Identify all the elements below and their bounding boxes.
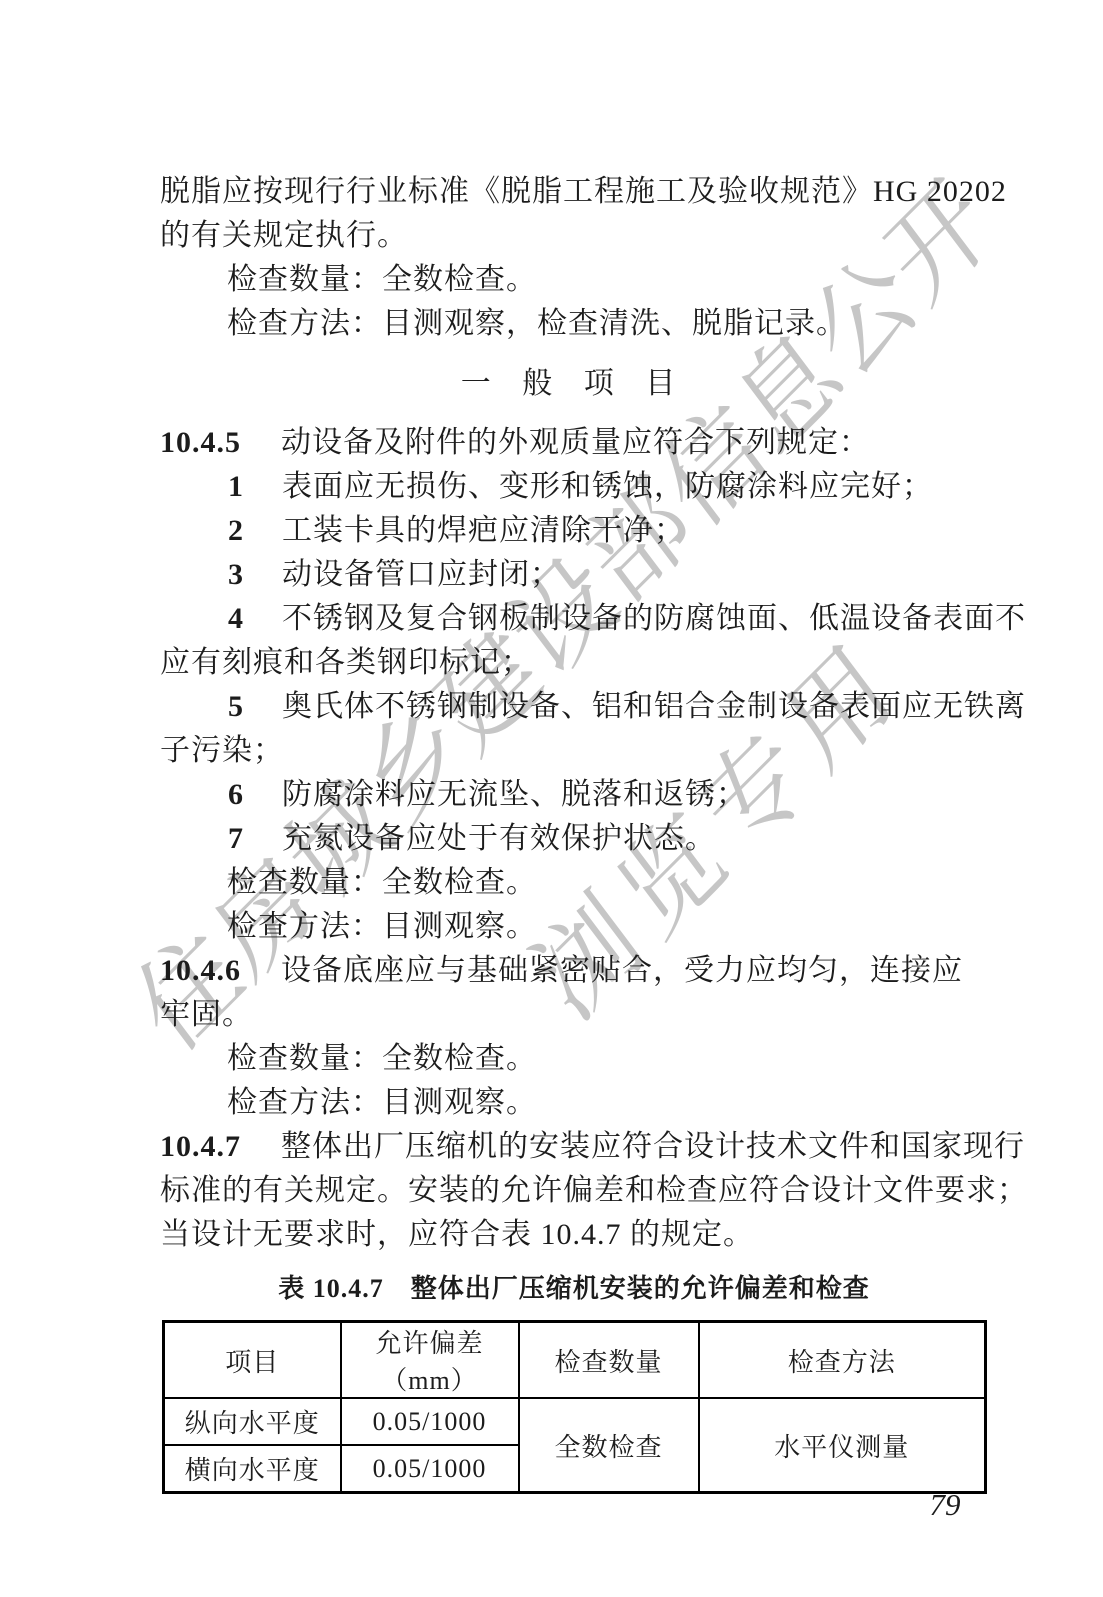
list-item: 3动设备管口应封闭； bbox=[160, 553, 988, 597]
table-cell-deviation: 0.05/1000 bbox=[341, 1398, 519, 1445]
item-text: 防腐涂料应无流坠、脱落和返锈； bbox=[282, 778, 747, 811]
clause-10-4-6-title: 10.4.6设备底座应与基础紧密贴合，受力应均匀，连接应 bbox=[160, 949, 988, 993]
clause-10-4-7-number: 10.4.7 bbox=[160, 1130, 241, 1163]
intro-check-method: 检查方法：目测观察，检查清洗、脱脂记录。 bbox=[160, 302, 988, 346]
item-number: 4 bbox=[228, 602, 244, 635]
table-cell-quantity-merged: 全数检查 bbox=[519, 1398, 699, 1493]
general-items-heading: 一 般 项 目 bbox=[160, 346, 988, 421]
table-header-method: 检查方法 bbox=[699, 1322, 986, 1399]
table-cell-item: 纵向水平度 bbox=[164, 1398, 341, 1445]
list-item: 2工装卡具的焊疤应清除干净； bbox=[160, 509, 988, 553]
clause-10-4-6-text: 设备底座应与基础紧密贴合，受力应均匀，连接应 bbox=[281, 954, 963, 987]
clause-10-4-5-title: 10.4.5动设备及附件的外观质量应符合下列规定： bbox=[160, 421, 988, 465]
list-item: 4不锈钢及复合钢板制设备的防腐蚀面、低温设备表面不 bbox=[160, 597, 988, 641]
intro-check-quantity: 检查数量：全数检查。 bbox=[160, 258, 988, 302]
clause-10-4-7-title: 10.4.7整体出厂压缩机的安装应符合设计技术文件和国家现行 bbox=[160, 1125, 988, 1169]
clause-10-4-6-check-method: 检查方法：目测观察。 bbox=[160, 1081, 988, 1125]
list-item: 1表面应无损伤、变形和锈蚀，防腐涂料应完好； bbox=[160, 465, 988, 509]
clause-10-4-6-continuation: 牢固。 bbox=[160, 993, 988, 1037]
intro-line-1: 脱脂应按现行行业标准《脱脂工程施工及验收规范》HG 20202 bbox=[160, 170, 988, 214]
table-cell-item: 横向水平度 bbox=[164, 1445, 341, 1493]
item-number: 3 bbox=[228, 558, 244, 591]
table-header-item: 项目 bbox=[164, 1322, 341, 1399]
clause-10-4-6-check-quantity: 检查数量：全数检查。 bbox=[160, 1037, 988, 1081]
table-cell-deviation: 0.05/1000 bbox=[341, 1445, 519, 1493]
document-page: 住房城乡建设部信息公开 浏览专用 脱脂应按现行行业标准《脱脂工程施工及验收规范》… bbox=[0, 0, 1103, 1597]
clause-10-4-6-number: 10.4.6 bbox=[160, 954, 241, 987]
clause-10-4-5-text: 动设备及附件的外观质量应符合下列规定： bbox=[281, 426, 870, 459]
item-number: 6 bbox=[228, 778, 244, 811]
item-text: 不锈钢及复合钢板制设备的防腐蚀面、低温设备表面不 bbox=[282, 602, 1026, 635]
table-row: 纵向水平度 0.05/1000 全数检查 水平仪测量 bbox=[164, 1398, 986, 1445]
page-body: 脱脂应按现行行业标准《脱脂工程施工及验收规范》HG 20202 的有关规定执行。… bbox=[160, 170, 988, 1494]
table-caption: 表 10.4.7 整体出厂压缩机安装的允许偏差和检查 bbox=[160, 1257, 988, 1320]
page-number: 79 bbox=[900, 1487, 990, 1523]
list-item: 5奥氏体不锈钢制设备、铝和铝合金制设备表面应无铁离 bbox=[160, 685, 988, 729]
list-item: 7充氮设备应处于有效保护状态。 bbox=[160, 817, 988, 861]
list-item: 6防腐涂料应无流坠、脱落和返锈； bbox=[160, 773, 988, 817]
list-item-continuation: 应有刻痕和各类钢印标记； bbox=[160, 641, 988, 685]
clause-10-4-5-check-quantity: 检查数量：全数检查。 bbox=[160, 861, 988, 905]
table-header-quantity: 检查数量 bbox=[519, 1322, 699, 1399]
item-text: 动设备管口应封闭； bbox=[282, 558, 561, 591]
table-cell-method-merged: 水平仪测量 bbox=[699, 1398, 986, 1493]
item-text: 充氮设备应处于有效保护状态。 bbox=[282, 822, 716, 855]
clause-10-4-5-check-method: 检查方法：目测观察。 bbox=[160, 905, 988, 949]
item-text: 工装卡具的焊疤应清除干净； bbox=[282, 514, 685, 547]
item-number: 2 bbox=[228, 514, 244, 547]
item-number: 1 bbox=[228, 470, 244, 503]
item-number: 5 bbox=[228, 690, 244, 723]
item-text: 表面应无损伤、变形和锈蚀，防腐涂料应完好； bbox=[282, 470, 933, 503]
clause-10-4-7-continuation: 标准的有关规定。安装的允许偏差和检查应符合设计文件要求； bbox=[160, 1169, 988, 1213]
table-header-deviation: 允许偏差（mm） bbox=[341, 1322, 519, 1399]
clause-10-4-5-number: 10.4.5 bbox=[160, 426, 241, 459]
clause-10-4-7-text: 整体出厂压缩机的安装应符合设计技术文件和国家现行 bbox=[281, 1130, 1025, 1163]
item-text: 奥氏体不锈钢制设备、铝和铝合金制设备表面应无铁离 bbox=[282, 690, 1026, 723]
table-10-4-7: 项目 允许偏差（mm） 检查数量 检查方法 纵向水平度 0.05/1000 全数… bbox=[162, 1320, 987, 1494]
intro-line-2: 的有关规定执行。 bbox=[160, 214, 988, 258]
table-header-row: 项目 允许偏差（mm） 检查数量 检查方法 bbox=[164, 1322, 986, 1399]
clause-10-4-7-continuation: 当设计无要求时，应符合表 10.4.7 的规定。 bbox=[160, 1213, 988, 1257]
list-item-continuation: 子污染； bbox=[160, 729, 988, 773]
item-number: 7 bbox=[228, 822, 244, 855]
